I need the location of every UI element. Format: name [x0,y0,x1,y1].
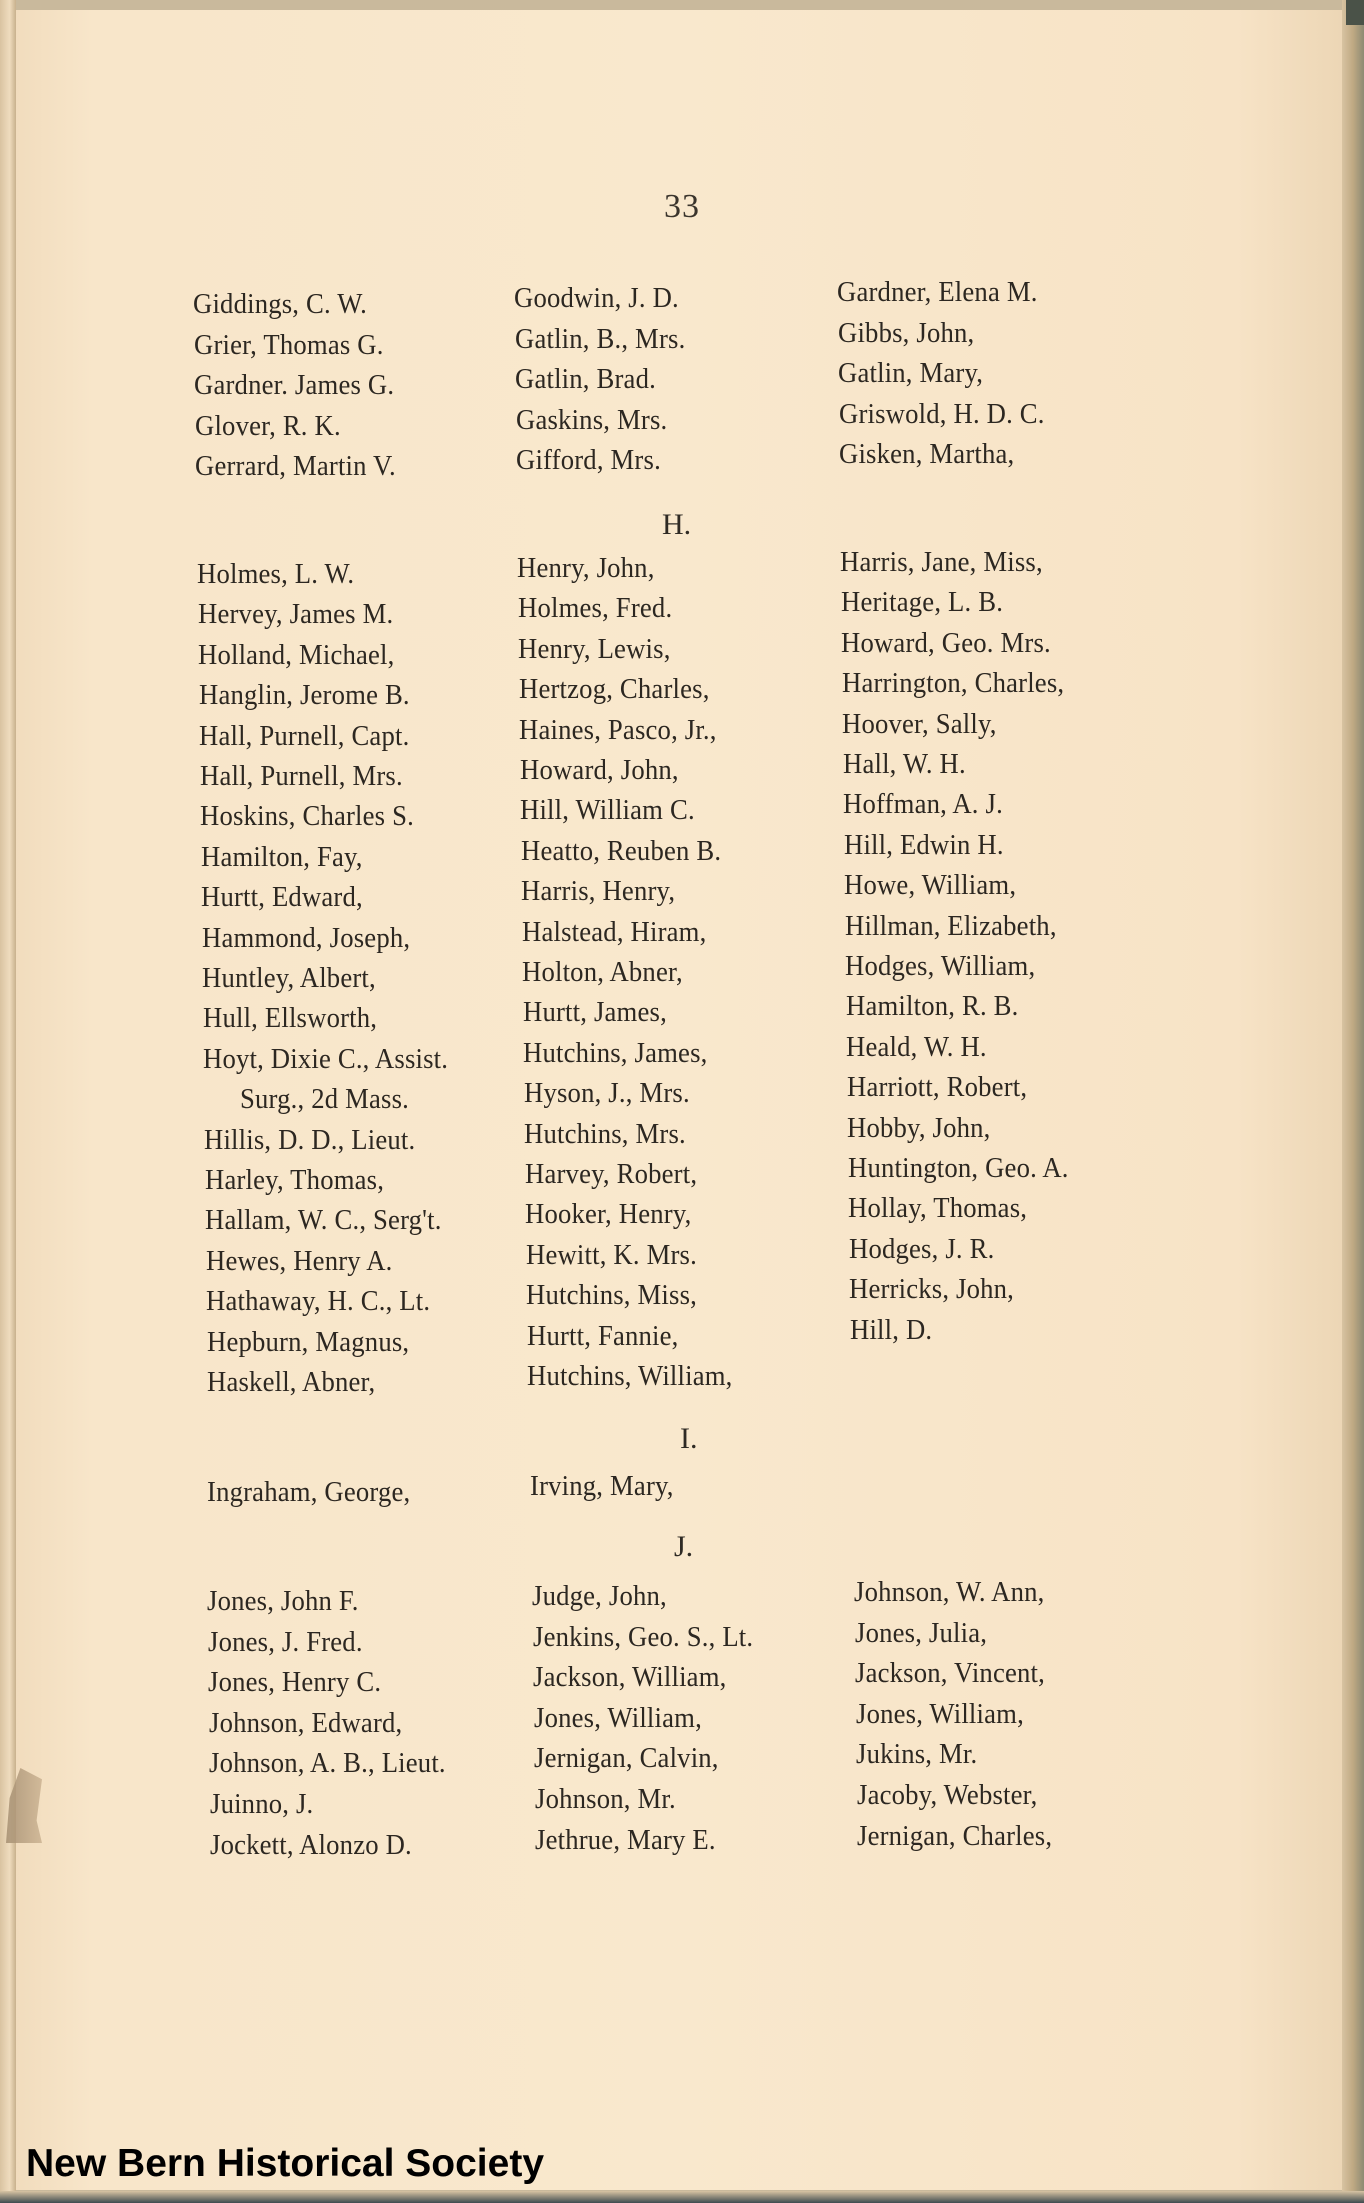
name-entry: Jethrue, Mary E. [535,1824,716,1857]
name-entry: Gatlin, B., Mrs. [515,323,685,356]
name-entry: Hall, Purnell, Mrs. [200,760,403,793]
name-entry: Hallam, W. C., Serg't. [205,1204,442,1237]
name-entry: Gardner. James G. [194,369,394,402]
page-number: 33 [0,188,1364,226]
name-entry: Gardner, Elena M. [837,276,1038,309]
name-entry: Glover, R. K. [195,410,341,443]
name-entry: Hurtt, Edward, [201,881,363,914]
name-entry: Hurtt, Fannie, [527,1320,679,1353]
name-entry: Holmes, L. W. [197,558,354,591]
name-entry: Hutchins, James, [523,1037,708,1070]
name-entry: Griswold, H. D. C. [839,398,1045,431]
name-entry: Hillis, D. D., Lieut. [204,1124,415,1157]
name-entry: Jones, William, [534,1702,702,1735]
name-entry: Irving, Mary, [530,1470,674,1503]
name-entry: Hobby, John, [847,1112,991,1145]
name-entry: Holland, Michael, [198,639,395,672]
name-entry: Hewitt, K. Mrs. [526,1239,697,1272]
name-entry: Jones, Henry C. [208,1666,381,1699]
name-entry: Henry, John, [517,552,655,585]
name-entry: Jones, Julia, [855,1617,987,1650]
name-entry: Jukins, Mr. [856,1738,977,1771]
name-entry: Johnson, A. B., Lieut. [209,1747,446,1780]
name-entry: Harriott, Robert, [847,1071,1027,1104]
name-entry: Gifford, Mrs. [516,444,661,477]
name-entry: Hull, Ellsworth, [203,1002,377,1035]
name-entry: Gaskins, Mrs. [516,404,667,437]
name-entry: Harris, Jane, Miss, [840,546,1043,579]
name-entry: Hoskins, Charles S. [200,800,414,833]
name-entry: Haskell, Abner, [207,1366,375,1399]
name-entry: Harley, Thomas, [205,1164,384,1197]
name-entry: Huntley, Albert, [202,962,376,995]
name-entry: Howard, Geo. Mrs. [841,627,1051,660]
name-entry: Hoyt, Dixie C., Assist. [203,1043,448,1076]
name-entry: Hutchins, Mrs. [524,1118,686,1151]
name-entry: Hervey, James M. [198,598,393,631]
name-entry: Hooker, Henry, [525,1198,691,1231]
name-entry: Haines, Pasco, Jr., [519,714,717,747]
name-entry: Hodges, William, [845,950,1035,983]
name-entry: Goodwin, J. D. [514,282,679,315]
name-entry: Hillman, Elizabeth, [845,910,1057,943]
name-entry: Heritage, L. B. [841,586,1003,619]
name-entry: Jacoby, Webster, [857,1779,1038,1812]
name-entry: Hollay, Thomas, [848,1192,1027,1225]
name-entry: Hutchins, Miss, [526,1279,697,1312]
name-entry: Harrington, Charles, [842,667,1064,700]
name-entry: Hall, W. H. [843,748,966,781]
name-entry: Ingraham, George, [207,1476,410,1509]
book-spine [0,0,16,2203]
page-right-edge [1342,0,1364,2203]
name-entry: Giddings, C. W. [193,288,367,321]
name-entry: Gisken, Martha, [839,438,1014,471]
name-entry: Hill, William C. [520,794,695,827]
name-entry: Heald, W. H. [846,1031,987,1064]
name-entry: Jenkins, Geo. S., Lt. [533,1621,753,1654]
name-entry: Johnson, Edward, [209,1707,402,1740]
name-entry: Hepburn, Magnus, [207,1326,409,1359]
name-entry: Hyson, J., Mrs. [524,1077,690,1110]
name-entry: Halstead, Hiram, [522,916,706,949]
name-entry: Hamilton, Fay, [201,841,363,874]
name-entry: Hill, D. [850,1314,932,1347]
name-entry: Hall, Purnell, Capt. [199,720,409,753]
name-entry: Hodges, J. R. [849,1233,994,1266]
name-entry: Herricks, John, [849,1273,1014,1306]
name-entry: Johnson, W. Ann, [854,1576,1044,1609]
name-entry: Jones, William, [856,1698,1024,1731]
name-entry: Hertzog, Charles, [519,673,710,706]
section-letter: I. [680,1422,698,1456]
name-entry: Holton, Abner, [522,956,683,989]
name-entry: Juinno, J. [210,1788,313,1821]
name-entry: Henry, Lewis, [518,633,671,666]
name-entry: Gatlin, Brad. [515,363,656,396]
watermark: New Bern Historical Society [26,2142,544,2186]
section-letter: J. [674,1530,693,1564]
name-entry: Gerrard, Martin V. [195,450,396,483]
name-entry: Hathaway, H. C., Lt. [206,1285,430,1318]
name-entry: Howe, William, [844,869,1016,902]
name-entry: Howard, John, [520,754,679,787]
name-entry: Hewes, Henry A. [206,1245,393,1278]
name-entry: Johnson, Mr. [535,1783,676,1816]
name-entry: Jernigan, Charles, [857,1820,1052,1853]
name-entry: Grier, Thomas G. [194,329,384,362]
name-entry: Hanglin, Jerome B. [199,679,410,712]
name-entry: Heatto, Reuben B. [521,835,721,868]
name-entry: Jones, J. Fred. [208,1626,363,1659]
name-entry: Harris, Henry, [521,875,675,908]
name-entry: Jackson, Vincent, [855,1657,1045,1690]
name-entry: Huntington, Geo. A. [848,1152,1069,1185]
name-entry: Hutchins, William, [527,1360,733,1393]
name-entry: Jernigan, Calvin, [534,1742,719,1775]
name-entry: Judge, John, [532,1580,667,1613]
name-entry: Hamilton, R. B. [846,990,1018,1023]
name-entry: Gibbs, John, [838,317,974,350]
name-entry: Jones, John F. [207,1585,359,1618]
name-entry: Jockett, Alonzo D. [210,1829,412,1862]
page-bottom-edge [0,2191,1364,2203]
name-entry: Gatlin, Mary, [838,357,983,390]
name-entry: Hill, Edwin H. [844,829,1004,862]
name-entry: Jackson, William, [533,1661,726,1694]
name-entry: Hoffman, A. J. [843,788,1003,821]
name-entry: Hoover, Sally, [842,708,997,741]
name-entry: Hammond, Joseph, [202,922,410,955]
name-entry: Holmes, Fred. [518,592,672,625]
name-entry: Harvey, Robert, [525,1158,697,1191]
name-entry: Hurtt, James, [523,996,667,1029]
name-entry: Surg., 2d Mass. [240,1083,409,1116]
section-letter: H. [662,508,691,542]
